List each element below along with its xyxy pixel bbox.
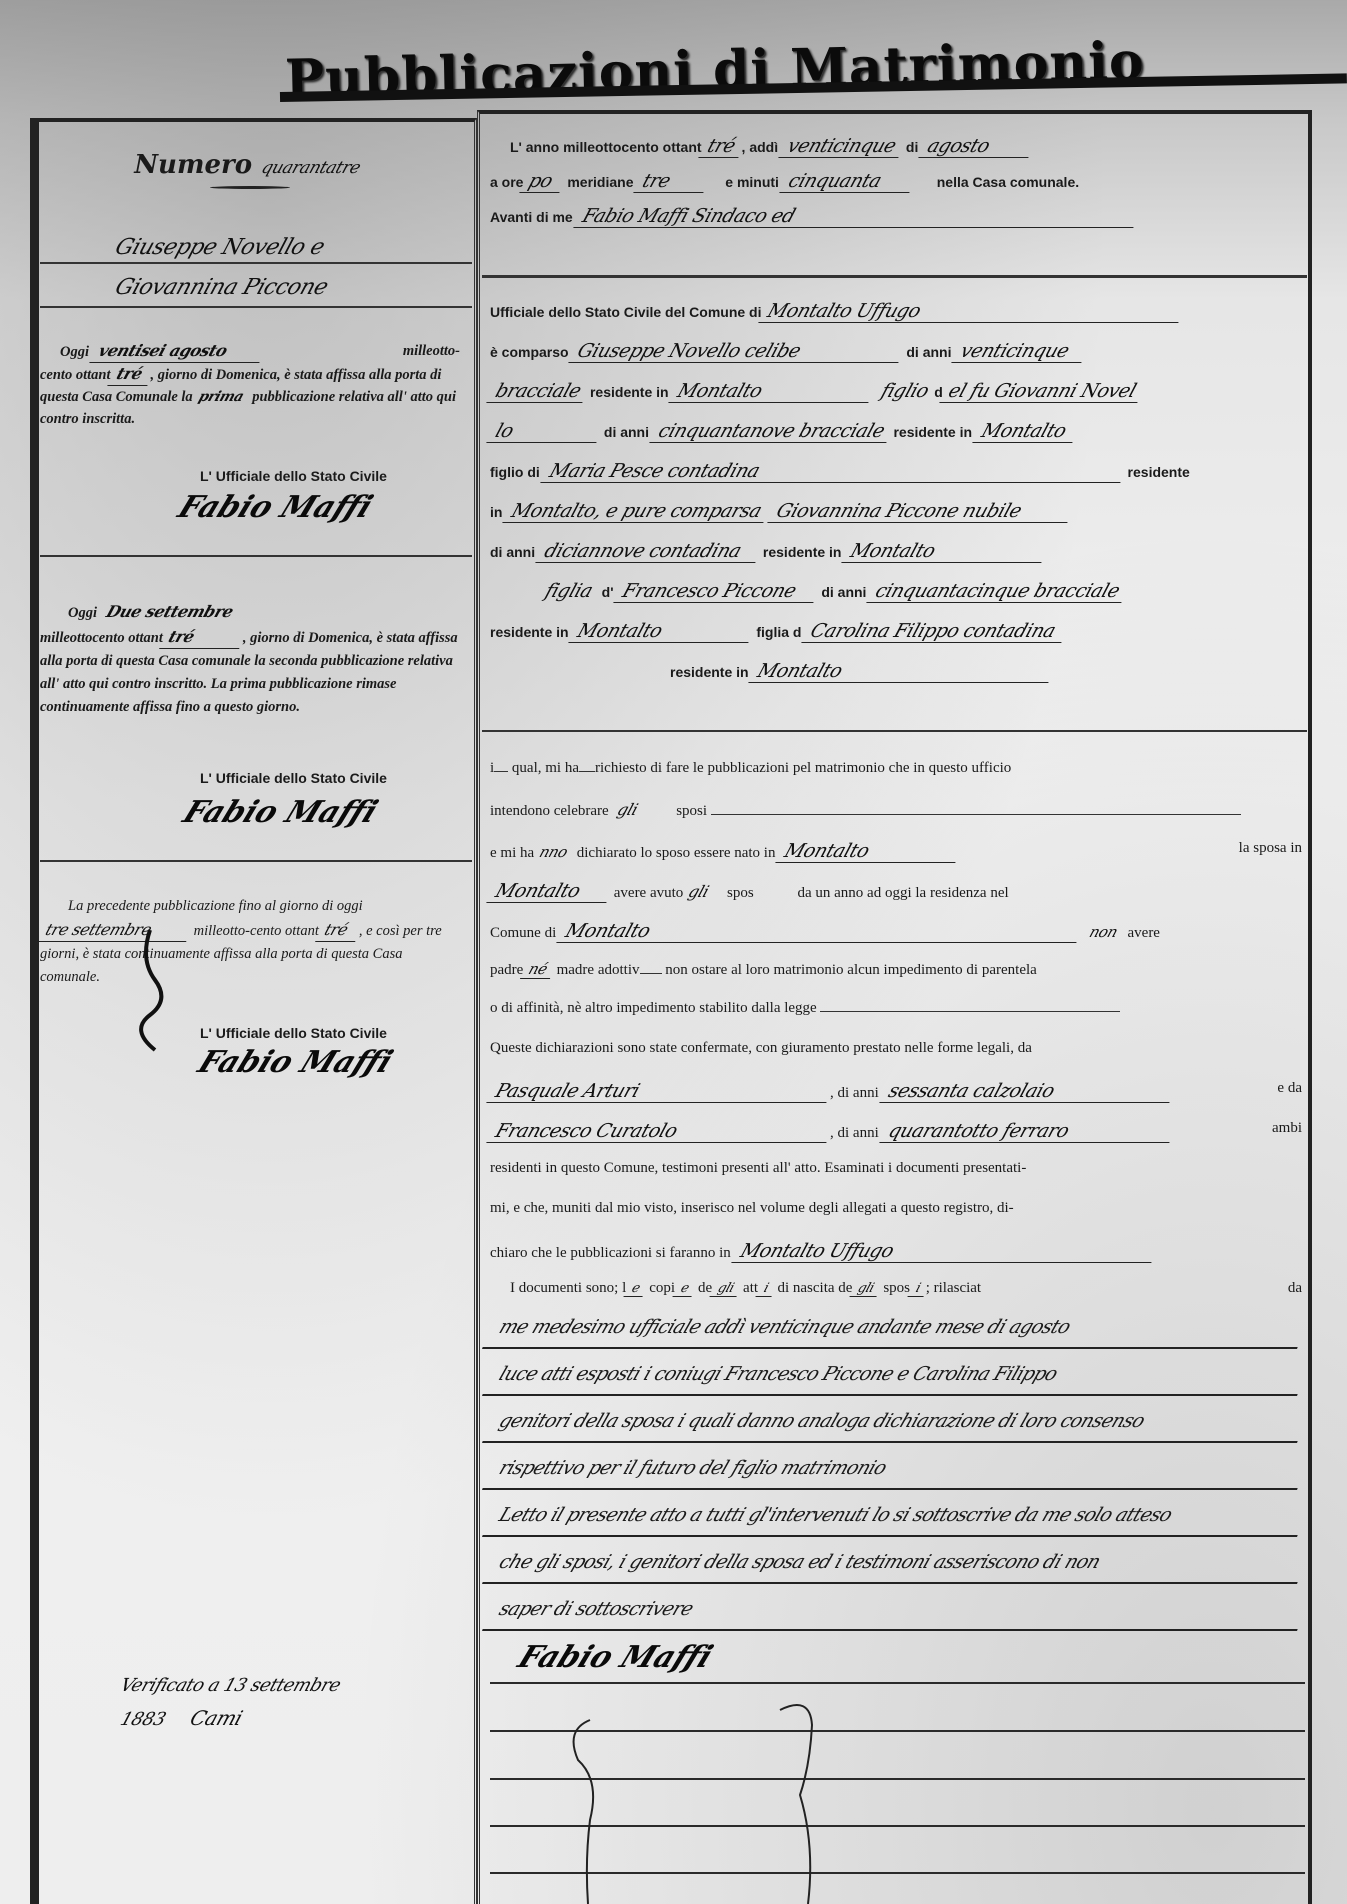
- comune-value: Montalto Uffugo: [758, 300, 1185, 323]
- groom-father-res: Montalto: [972, 420, 1079, 443]
- header-text-4: a ore: [490, 174, 523, 190]
- bride-birthplace: Montalto: [486, 880, 613, 903]
- request-line-2: intendono celebrare gli sposi: [490, 800, 1302, 820]
- request-line-12: mi, e che, muniti dal mio visto, inseris…: [490, 1200, 1302, 1217]
- couple-rule-2: [40, 306, 472, 308]
- header-month: agosto: [918, 135, 1035, 158]
- header-text-7: nella Casa comunale.: [937, 174, 1079, 190]
- req-l1b: qual,: [512, 760, 542, 776]
- bride-text-15: residente in: [490, 624, 569, 640]
- req-l3c: la sposa in: [1239, 840, 1302, 857]
- groom-text-9: figlio di: [490, 464, 540, 480]
- closing-signature-wrap: Fabio Maffi: [520, 1640, 711, 1675]
- request-line-8: Queste dichiarazioni sono state conferma…: [490, 1040, 1302, 1057]
- cancel-squiggle-1: [560, 1700, 620, 1904]
- req-l14b: copi: [649, 1280, 675, 1296]
- header-before: Fabio Maffi Sindaco ed: [573, 205, 1140, 228]
- handwritten-line-5: Letto il presente atto a tutti gl'interv…: [482, 1493, 1313, 1537]
- bride-name: Giovannina Piccone nubile: [767, 500, 1074, 523]
- req-l14h: da: [1288, 1280, 1302, 1297]
- bride-age: diciannove contadina: [535, 540, 762, 563]
- bride-text-16: figlia d: [756, 624, 801, 640]
- req-l13a: chiaro che le pubblicazioni si faranno i…: [490, 1245, 731, 1261]
- oggi-label: Oggi: [40, 344, 89, 360]
- closing-pub-text-1: La precedente pubblicazione fino al gior…: [40, 898, 363, 914]
- request-line-14: I documenti sono; le copie degli atti di…: [490, 1280, 1302, 1297]
- request-line-5: Comune di Montalto non avere: [490, 920, 1302, 943]
- couple-line-1: Giuseppe Novello e: [106, 235, 334, 260]
- groom-job: bracciale: [486, 380, 590, 403]
- handwritten-line-1: me medesimo ufficiale addì venticinque a…: [482, 1305, 1313, 1349]
- bride-line-3: residente in Montalto figlia d Carolina …: [490, 620, 1302, 643]
- request-line-7: o di affinità, nè altro impedimento stab…: [490, 1000, 1302, 1017]
- second-pub-date: Due settembre: [97, 600, 242, 623]
- bride-text-13b: d': [602, 584, 614, 600]
- witness-line-2: Francesco Curatolo, di anni quarantotto …: [490, 1120, 1302, 1143]
- req-l2-value: gli: [609, 800, 655, 819]
- groom-text-3: di anni: [906, 344, 951, 360]
- req-l12: mi, e che, muniti dal mio visto, inseris…: [490, 1200, 1014, 1216]
- header-text-1: L' anno milleottocento ottant: [490, 139, 702, 155]
- req-l4-value: gli: [680, 882, 726, 901]
- req-l6c: non ostare al loro matrimonio alcun impe…: [665, 962, 1037, 978]
- residence-comune: Montalto: [556, 920, 1083, 943]
- bride-father: Francesco Piccone: [614, 580, 821, 603]
- req-l6b: madre adottiv: [557, 962, 640, 978]
- groom-father-cont: lo: [486, 420, 603, 443]
- req-l4b: spos: [727, 885, 754, 901]
- second-pub-text-1: milleottocento ottant: [40, 630, 163, 646]
- first-pub-text-1: milleotto-: [403, 340, 460, 362]
- bride-text-11: di anni: [490, 544, 535, 560]
- second-pub-signature: Fabio Maffi: [178, 795, 383, 830]
- req-l14-v1: e: [624, 1281, 648, 1297]
- first-pub-text-2: cento ottant: [40, 367, 111, 383]
- couple-rule-1: [40, 262, 472, 264]
- groom-father: el fu Giovanni Novel: [939, 380, 1145, 403]
- first-pub-ordinal: prima: [189, 386, 252, 408]
- groom-name: Giuseppe Novello celibe: [569, 340, 906, 363]
- groom-line-6: in Montalto, e pure comparsa Giovannina …: [490, 500, 1302, 523]
- witness-1-name: Pasquale Arturi: [486, 1080, 833, 1103]
- closing-pub-signature: Fabio Maffi: [193, 1045, 398, 1080]
- groom-line-4: lo di anni cinquantanove bracciale resid…: [490, 420, 1302, 443]
- header-text-8: Avanti di me: [490, 209, 573, 225]
- couple-names: Giuseppe Novello e: [110, 235, 530, 260]
- req-l5-value: non: [1081, 923, 1127, 941]
- req-l10a: , di anni: [830, 1125, 879, 1141]
- groom-line-3: bracciale residente in Montalto figliode…: [490, 380, 1302, 403]
- req-l14f: spos: [883, 1280, 910, 1296]
- first-pub-rule: [40, 555, 472, 557]
- second-publication-text: Oggi Due settembre milleottocento ottant…: [40, 600, 460, 719]
- first-pub-year: tré: [107, 363, 154, 386]
- groom-residence: Montalto: [669, 380, 876, 403]
- req-l10b: ambi: [1272, 1120, 1302, 1137]
- groom-mother-res: Montalto, e pure comparsa: [503, 500, 771, 523]
- request-line-3: e mi hanno dichiarato lo sposo essere na…: [490, 840, 1302, 863]
- request-line-6: padrené madre adottiv non ostare al loro…: [490, 960, 1302, 979]
- req-l14: I documenti sono; l: [510, 1280, 626, 1296]
- bride-father-res: Montalto: [569, 620, 756, 643]
- groom-text-8: residente: [1128, 464, 1190, 480]
- figlia-value: figlia: [536, 580, 601, 602]
- req-l6-value: né: [520, 960, 556, 979]
- req-l7: o di affinità, nè altro impedimento stab…: [490, 1000, 817, 1016]
- req-l2a: intendono celebrare: [490, 803, 609, 819]
- groom-mother: Maria Pesce contadina: [540, 460, 1127, 483]
- handwritten-line-7: saper di sottoscrivere: [482, 1587, 1313, 1631]
- header-day: venticinque: [778, 135, 905, 158]
- header-line-2: a orepo meridiane tre e minuti cinquanta…: [490, 170, 1302, 193]
- verification-line-1: Verificato a 13 settembre: [112, 1675, 350, 1696]
- first-pub-date: ventisei agosto: [89, 340, 266, 363]
- document-title: Pubblicazioni di Matrimonio: [284, 31, 1105, 118]
- req-l11: residenti in questo Comune, testimoni pr…: [490, 1160, 1026, 1176]
- req-l9b: e da: [1277, 1080, 1302, 1097]
- header-text-2: , addì: [742, 139, 779, 155]
- closing-signature: Fabio Maffi: [513, 1640, 718, 1675]
- req-l3a: e mi ha: [490, 845, 534, 861]
- scanned-register-page: Pubblicazioni di Matrimonio Numero quara…: [0, 0, 1347, 1904]
- req-l9a: , di anni: [830, 1085, 879, 1101]
- groom-text-10: in: [490, 504, 502, 520]
- req-l14e: di nascita de: [777, 1280, 852, 1296]
- request-line-13: chiaro che le pubblicazioni si faranno i…: [490, 1240, 1302, 1263]
- header-hour: po: [520, 170, 567, 193]
- cancel-squiggle-2: [770, 1695, 830, 1904]
- first-publication-text: Oggi ventisei agosto milleotto- cento ot…: [40, 340, 460, 430]
- groom-line-5: figlio di Maria Pesce contadina resident…: [490, 460, 1302, 483]
- request-line-1: i qual, mi harichiesto di fare le pubbli…: [490, 760, 1302, 777]
- header-year: tré: [698, 135, 745, 158]
- header-meridiane: tre: [634, 170, 711, 193]
- bride-line-1: di anni diciannove contadina residente i…: [490, 540, 1302, 563]
- header-text-3: di: [906, 139, 918, 155]
- req-l2b: sposi: [676, 803, 707, 819]
- header-text-5: meridiane: [567, 174, 633, 190]
- publish-place: Montalto Uffugo: [731, 1240, 1158, 1263]
- header-text-6: e minuti: [725, 174, 779, 190]
- groom-text-1: Ufficiale dello Stato Civile del Comune …: [490, 304, 762, 320]
- groom-line-2: è comparso Giuseppe Novello celibe di an…: [490, 340, 1302, 363]
- header-minutes: cinquanta: [779, 170, 916, 193]
- req-l1c: mi ha: [545, 760, 579, 776]
- groom-line-1: Ufficiale dello Stato Civile del Comune …: [490, 300, 1302, 323]
- groom-text-2: è comparso: [490, 344, 569, 360]
- req-l6a: padre: [490, 962, 523, 978]
- req-l14-v3: gli: [710, 1281, 742, 1297]
- verification-note: Verificato a 13 settembre 1883 Cami: [115, 1675, 535, 1730]
- bride-text-14: di anni: [821, 584, 866, 600]
- numero-label: Numero: [134, 150, 252, 180]
- groom-text-7: residente in: [893, 424, 972, 440]
- req-l14-v2: e: [672, 1281, 696, 1297]
- req-l5b: avere: [1128, 925, 1160, 941]
- bride-line-2: figlia d' Francesco Piccone di anni cinq…: [490, 580, 1302, 603]
- req-l1a: i: [490, 760, 494, 776]
- closing-pub-year: tré: [315, 918, 363, 942]
- second-pub-rule: [40, 860, 472, 862]
- figlio-value: figlio: [873, 380, 938, 402]
- request-line-4: Montalto avere avutogli spos da un anno …: [490, 880, 1302, 903]
- witness-line-1: Pasquale Arturi, di anni sessanta calzol…: [490, 1080, 1302, 1103]
- bride-line-4: residente in Montalto: [490, 660, 1302, 683]
- numero-block: Numero quarantatre: [40, 150, 460, 189]
- header-rule: [482, 275, 1307, 278]
- req-l5a: Comune di: [490, 925, 556, 941]
- req-l8: Queste dichiarazioni sono state conferma…: [490, 1040, 1032, 1056]
- groom-birthplace: Montalto: [775, 840, 962, 863]
- req-l4a: avere avuto: [614, 885, 684, 901]
- bride-text-12: residente in: [763, 544, 842, 560]
- req-l3b: dichiarato lo sposo essere nato in: [577, 845, 776, 861]
- bride-mother-res: Montalto: [749, 660, 1056, 683]
- handwritten-line-2: luce atti esposti i coniugi Francesco Pi…: [482, 1352, 1313, 1396]
- req-l14-v5: gli: [850, 1281, 882, 1297]
- verification-year: 1883: [112, 1709, 175, 1730]
- closing-pub-officer-label: L' Ufficiale dello Stato Civile: [200, 1025, 620, 1041]
- second-pub-year: tré: [159, 625, 247, 649]
- groom-text-4: residente in: [590, 384, 669, 400]
- request-line-11: residenti in questo Comune, testimoni pr…: [490, 1160, 1302, 1177]
- req-l14g: ; rilasciat: [926, 1280, 981, 1296]
- numero-flourish: [210, 186, 290, 189]
- witness-2-name: Francesco Curatolo: [486, 1120, 833, 1143]
- bride-mother: Carolina Filippo contadina: [802, 620, 1069, 643]
- req-l1d: richiesto di fare le pubblicazioni pel m…: [595, 760, 1011, 776]
- handwritten-line-3: genitori della sposa i quali danno analo…: [482, 1399, 1313, 1443]
- bride-father-age: cinquantacinque bracciale: [867, 580, 1129, 603]
- blank-line-1: [490, 1682, 1305, 1684]
- groom-section-rule: [482, 730, 1307, 732]
- first-pub-signature: Fabio Maffi: [173, 490, 378, 525]
- groom-age: venticinque: [952, 340, 1089, 363]
- bride-text-17: residente in: [670, 664, 749, 680]
- witness-2-age: quarantotto ferraro: [879, 1120, 1176, 1143]
- bride-residence: Montalto: [842, 540, 1049, 563]
- handwritten-line-6: che gli sposi, i genitori della sposa ed…: [482, 1540, 1313, 1584]
- groom-father-age: cinquantanove bracciale: [649, 420, 893, 443]
- req-l14-v4: i: [755, 1281, 776, 1297]
- ink-blot-mark: [100, 920, 180, 1060]
- groom-text-6: di anni: [604, 424, 649, 440]
- closing-pub-text-2: milleotto-cento ottant: [194, 923, 319, 939]
- witness-1-age: sessanta calzolaio: [879, 1080, 1176, 1103]
- couple-name-2-wrap: Giovannina Piccone: [110, 275, 530, 300]
- header-line-1: L' anno milleottocento ottanttré, addì v…: [490, 135, 1302, 158]
- couple-line-2: Giovannina Piccone: [106, 275, 337, 300]
- req-l3-value: nno: [531, 843, 576, 861]
- verification-initials: Cami: [181, 1706, 251, 1730]
- oggi-label-2: Oggi: [40, 605, 97, 621]
- numero-value: quarantatre: [253, 158, 369, 178]
- header-line-3: Avanti di me Fabio Maffi Sindaco ed: [490, 205, 1302, 228]
- handwritten-line-4: rispettivo per il futuro del figlio matr…: [482, 1446, 1313, 1490]
- req-l4c: da un anno ad oggi la residenza nel: [797, 885, 1008, 901]
